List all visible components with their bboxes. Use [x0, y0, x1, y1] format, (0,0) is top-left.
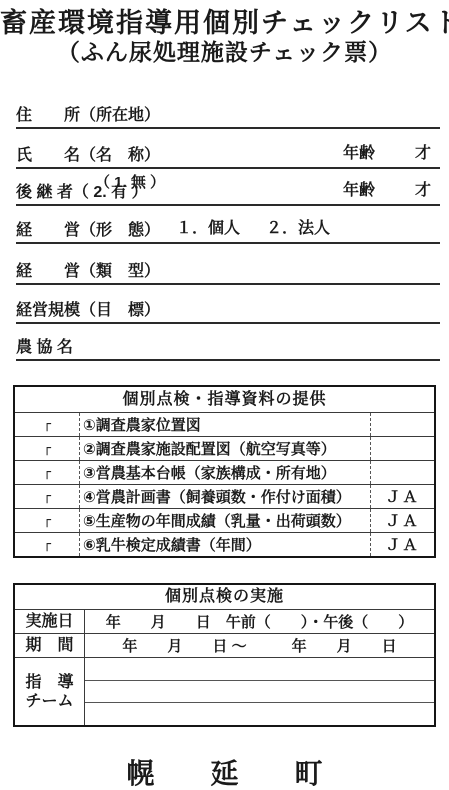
- material-source-label: [371, 461, 434, 484]
- coop-input-line[interactable]: [73, 337, 440, 359]
- table-row: 実施日 年 月 日 午前（ ）・午後（ ）: [15, 609, 434, 633]
- scale-input-line[interactable]: [160, 300, 440, 322]
- page-subtitle: （ふん尿処理施設チェック票）: [0, 34, 449, 67]
- checklist-document: 畜産環境指導用個別チェックリスト （ふん尿処理施設チェック票） 住 所（所在地）…: [0, 0, 449, 790]
- address-label: 住 所（所在地）: [16, 105, 160, 127]
- guidance-team-label-line1: 指 導: [25, 673, 73, 692]
- material-source-label: ＪＡ: [371, 533, 434, 556]
- name-age-unit: 才: [415, 143, 431, 165]
- coop-field: 農 協 名: [16, 337, 440, 361]
- scale-label: 経営規模（目 標）: [16, 300, 160, 322]
- checkbox-corner-icon[interactable]: ┌: [15, 413, 79, 436]
- table-row: 期 間 年 月 日 ～ 年 月 日: [15, 633, 434, 657]
- inspection-period-input[interactable]: 年 月 日 ～ 年 月 日: [85, 634, 434, 657]
- inspection-table-title: 個別点検の実施: [15, 585, 434, 609]
- checkbox-corner-icon[interactable]: ┌: [15, 485, 79, 508]
- management-type-field: 経 営（類 型）: [16, 261, 440, 285]
- management-form-option-corporation[interactable]: ２．法人: [266, 218, 330, 240]
- table-row: 指 導 チーム: [15, 657, 434, 725]
- successor-field: 後 継 者（ 2. 有 ） 年齢 才: [16, 182, 440, 206]
- successor-label: 後 継 者（ 2. 有 ）: [16, 182, 148, 204]
- checkbox-corner-icon[interactable]: ┌: [15, 461, 79, 484]
- management-type-input-line[interactable]: [160, 261, 440, 283]
- material-source-label: ＪＡ: [371, 485, 434, 508]
- checkbox-corner-icon[interactable]: ┌: [15, 437, 79, 460]
- table-row: ┌ ①調査農家位置図: [15, 412, 434, 436]
- name-label: 氏 名（名 称）: [16, 145, 160, 167]
- guidance-team-input-line[interactable]: [85, 681, 434, 704]
- material-item-label: ①調査農家位置図: [79, 413, 371, 436]
- table-row: ┌ ④営農計画書（飼養頭数・作付け面積） ＪＡ: [15, 484, 434, 508]
- inspection-date-label: 実施日: [15, 610, 85, 633]
- table-row: ┌ ②調査農家施設配置図（航空写真等）: [15, 436, 434, 460]
- town-name: 幌 延 町: [0, 752, 449, 790]
- material-source-label: ＪＡ: [371, 509, 434, 532]
- material-item-label: ⑥乳牛検定成績書（年間）: [79, 533, 371, 556]
- management-form-option-individual[interactable]: １．個人: [176, 218, 240, 240]
- inspection-table: 個別点検の実施 実施日 年 月 日 午前（ ）・午後（ ） 期 間 年 月 日 …: [13, 583, 436, 727]
- successor-age-label: 年齢: [343, 180, 375, 202]
- material-item-label: ②調査農家施設配置図（航空写真等）: [79, 437, 371, 460]
- table-row: ┌ ⑥乳牛検定成績書（年間） ＪＡ: [15, 532, 434, 556]
- table-row: ┌ ③営農基本台帳（家族構成・所有地）: [15, 460, 434, 484]
- materials-table: 個別点検・指導資料の提供 ┌ ①調査農家位置図 ┌ ②調査農家施設配置図（航空写…: [13, 385, 436, 558]
- table-row: ┌ ⑤生産物の年間成績（乳量・出荷頭数） ＪＡ: [15, 508, 434, 532]
- material-item-label: ③営農基本台帳（家族構成・所有地）: [79, 461, 371, 484]
- name-input-line[interactable]: [160, 145, 440, 167]
- name-age-label: 年齢: [343, 143, 375, 165]
- guidance-team-input-line[interactable]: [85, 703, 434, 725]
- material-item-label: ⑤生産物の年間成績（乳量・出荷頭数）: [79, 509, 371, 532]
- guidance-team-entries: [85, 658, 434, 725]
- guidance-team-input-line[interactable]: [85, 658, 434, 681]
- inspection-date-input[interactable]: 年 月 日 午前（ ）・午後（ ）: [85, 610, 434, 633]
- checkbox-corner-icon[interactable]: ┌: [15, 533, 79, 556]
- material-source-label: [371, 413, 434, 436]
- material-source-label: [371, 437, 434, 460]
- coop-label: 農 協 名: [16, 337, 73, 359]
- guidance-team-label-line2: チーム: [25, 692, 73, 711]
- scale-field: 経営規模（目 標）: [16, 300, 440, 324]
- material-item-label: ④営農計画書（飼養頭数・作付け面積）: [79, 485, 371, 508]
- guidance-team-label: 指 導 チーム: [15, 658, 85, 725]
- management-type-label: 経 営（類 型）: [16, 261, 160, 283]
- successor-input-line[interactable]: [148, 182, 440, 204]
- successor-age-unit: 才: [415, 180, 431, 202]
- checkbox-corner-icon[interactable]: ┌: [15, 509, 79, 532]
- address-input-line[interactable]: [160, 105, 440, 127]
- name-field: 氏 名（名 称） 年齢 才: [16, 145, 440, 169]
- address-field: 住 所（所在地）: [16, 105, 440, 129]
- inspection-period-label: 期 間: [15, 634, 85, 657]
- management-form-field: 経 営（形 態） １．個人 ２．法人: [16, 220, 440, 244]
- management-form-label: 経 営（形 態）: [16, 220, 160, 242]
- materials-table-title: 個別点検・指導資料の提供: [15, 387, 434, 412]
